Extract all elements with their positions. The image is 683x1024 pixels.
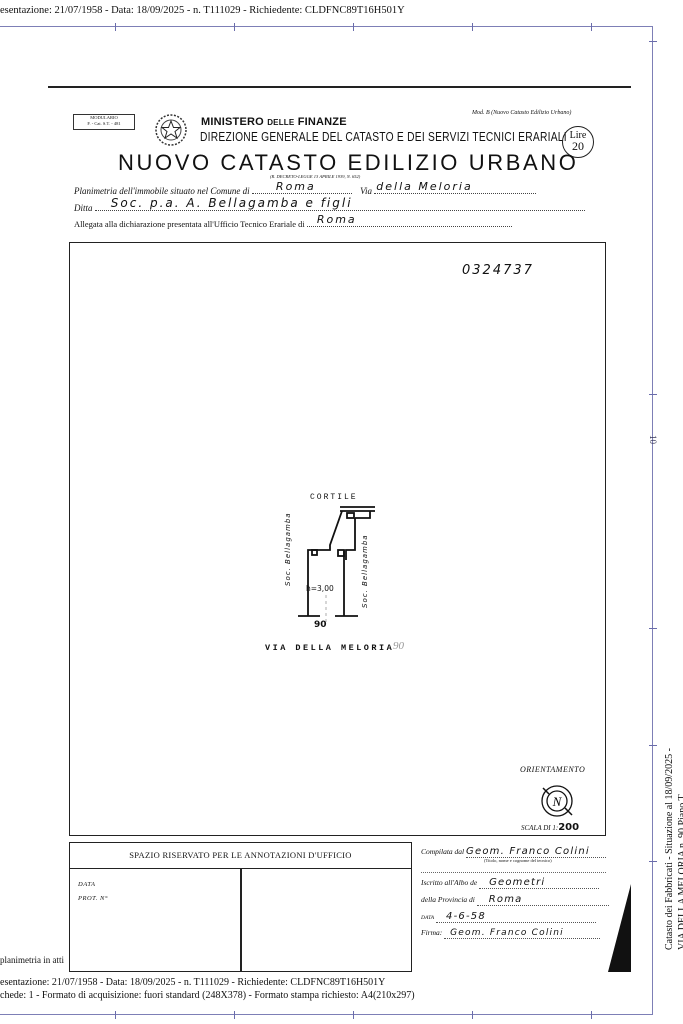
via-value: della Meloria [376,180,472,193]
allegata-row: Allegata alla dichiarazione presentata a… [74,218,512,229]
modulario-line2: F. - Cat. S.T. - 481 [74,121,134,127]
north-letter: N [552,794,563,809]
viewer-header-text: esentazione: 21/07/1958 - Data: 18/09/20… [0,5,405,16]
planimetria-row: Planimetria dell'immobile situato nel Co… [74,185,536,196]
scale-label: SCALA DI 1:200 [521,822,579,833]
height-label: h=3,00 [306,584,334,593]
scale-value: 200 [558,822,579,833]
compiler-date-row: DATA 4-6-58 [421,911,596,923]
ditta-label: Ditta [74,203,93,213]
sheet-top-rule [48,86,631,88]
side-marker: 10 [648,435,658,444]
orientamento-label: ORIENTAMENTO [520,765,585,774]
compilata-label: Compilata dal [421,847,464,856]
compiler-date-value: 4-6-58 [436,911,596,923]
side-text-situazione: Catasto dei Fabbricati - Situazione al 1… [664,748,675,950]
frame-tick [353,1011,354,1019]
firma-label: Firma: [421,928,442,937]
north-compass-icon: N [539,784,575,818]
frame-tick [472,23,473,31]
frame-tick [115,1011,116,1019]
frame-tick [591,23,592,31]
comune-field: Roma [252,185,352,194]
ministry-delle: DELLE [267,118,294,127]
modulario-box: MODULARIO F. - Cat. S.T. - 481 [73,114,135,130]
civic-number: 90 [314,620,327,630]
left-neighbor-label: Soc. Bellagamba [284,512,292,586]
planimetria-label: Planimetria dell'immobile situato nel Co… [74,186,250,196]
document-title: NUOVO CATASTO EDILIZIO URBANO [118,150,578,176]
right-neighbor-label: Soc. Bellagamba [361,534,369,608]
office-annotations-divider [240,869,242,972]
street-number-annotation: 90 [393,640,404,652]
decreto-note: (R. DECRETO-LEGGE 13 APRILE 1939, N. 652… [270,174,360,179]
viewer-footer-line1: esentazione: 21/07/1958 - Data: 18/09/20… [0,977,385,988]
frame-right-line [652,26,653,1015]
office-prot-label: PROT. N° [78,895,108,902]
frame-tick [649,861,657,862]
via-field: della Meloria [374,185,536,194]
frame-tick [649,394,657,395]
compilata-hint: (Titolo, nome e cognome del tecnico) [484,858,552,863]
compilata-row: Compilata dal Geom. Franco Colini [421,846,606,858]
frame-tick [234,23,235,31]
ufficio-field: Roma [307,218,512,227]
compiler-date-label: DATA [421,915,434,921]
frame-tick [649,745,657,746]
frame-tick [234,1011,235,1019]
iscritto-value: Geometri [479,877,599,889]
floor-plan-drawing [280,500,400,640]
republic-emblem-icon [153,110,189,150]
provincia-value: Roma [477,894,609,906]
iscritto-row: Iscritto all'Albo de Geometri [421,877,599,889]
ditta-row: Ditta Soc. p.a. A. Bellagamba e figli [74,202,585,213]
frame-tick [649,628,657,629]
street-label: VIA DELLA MELORIA [265,643,394,653]
ditta-field: Soc. p.a. A. Bellagamba e figli [95,202,585,211]
frame-tick [472,1011,473,1019]
ministry-word: MINISTERO [201,116,264,128]
ministry-finanze: FINANZE [298,116,347,128]
ditta-value: Soc. p.a. A. Bellagamba e figli [111,196,353,210]
frame-bottom-line [0,1014,653,1015]
compilata-value: Geom. Franco Colini [466,846,606,858]
allegata-label: Allegata alla dichiarazione presentata a… [74,219,305,229]
office-data-label: DATA [78,881,96,888]
provincia-row: della Provincia di Roma [421,894,609,906]
firma-signature: Geom. Franco Colini [444,928,600,939]
frame-tick [591,1011,592,1019]
side-text-address: VIA DELLA MELORIA n. 90 Piano T [677,794,683,950]
viewer-footer-line2: chede: 1 - Formato di acquisizione: fuor… [0,990,415,1001]
scale-prefix: SCALA DI 1: [521,824,558,832]
planimetria-in-atti-label: planimetria in atti [0,955,64,965]
frame-tick [353,23,354,31]
office-annotations-title: SPAZIO RISERVATO PER LE ANNOTAZIONI D'UF… [69,842,412,869]
sheet-corner-fold [608,884,631,972]
frame-top-line [0,26,653,27]
direzione-title: DIREZIONE GENERALE DEL CATASTO E DEI SER… [200,130,567,144]
provincia-label: della Provincia di [421,895,475,904]
ministry-name: MINISTERO DELLE FINANZE [201,116,347,128]
via-label: Via [360,186,372,196]
compilata-extra-line [421,872,606,873]
ufficio-value: Roma [317,213,357,226]
iscritto-label: Iscritto all'Albo de [421,878,477,887]
comune-value: Roma [276,180,316,193]
mod-b-label: Mod. B (Nuovo Catasto Edilizio Urbano) [472,110,571,116]
frame-tick [649,41,657,42]
cortile-label: CORTILE [310,493,358,502]
catasto-number: 0324737 [462,263,534,278]
frame-tick [115,23,116,31]
firma-row: Firma: Geom. Franco Colini [421,928,600,939]
